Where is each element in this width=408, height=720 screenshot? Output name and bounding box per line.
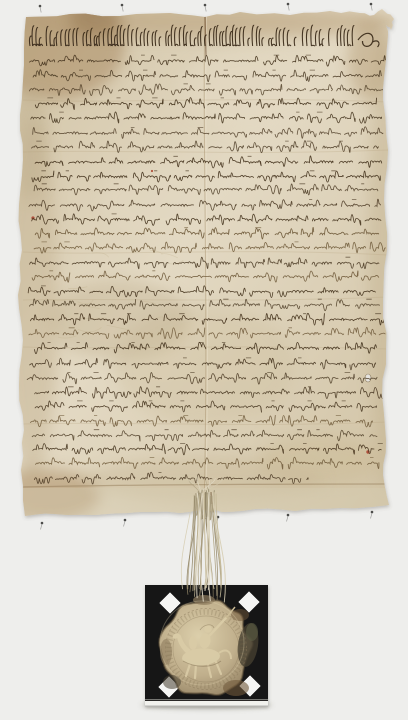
- parchment: [0, 0, 404, 521]
- charter-photograph: [0, 0, 408, 720]
- charter-scene: [0, 0, 408, 720]
